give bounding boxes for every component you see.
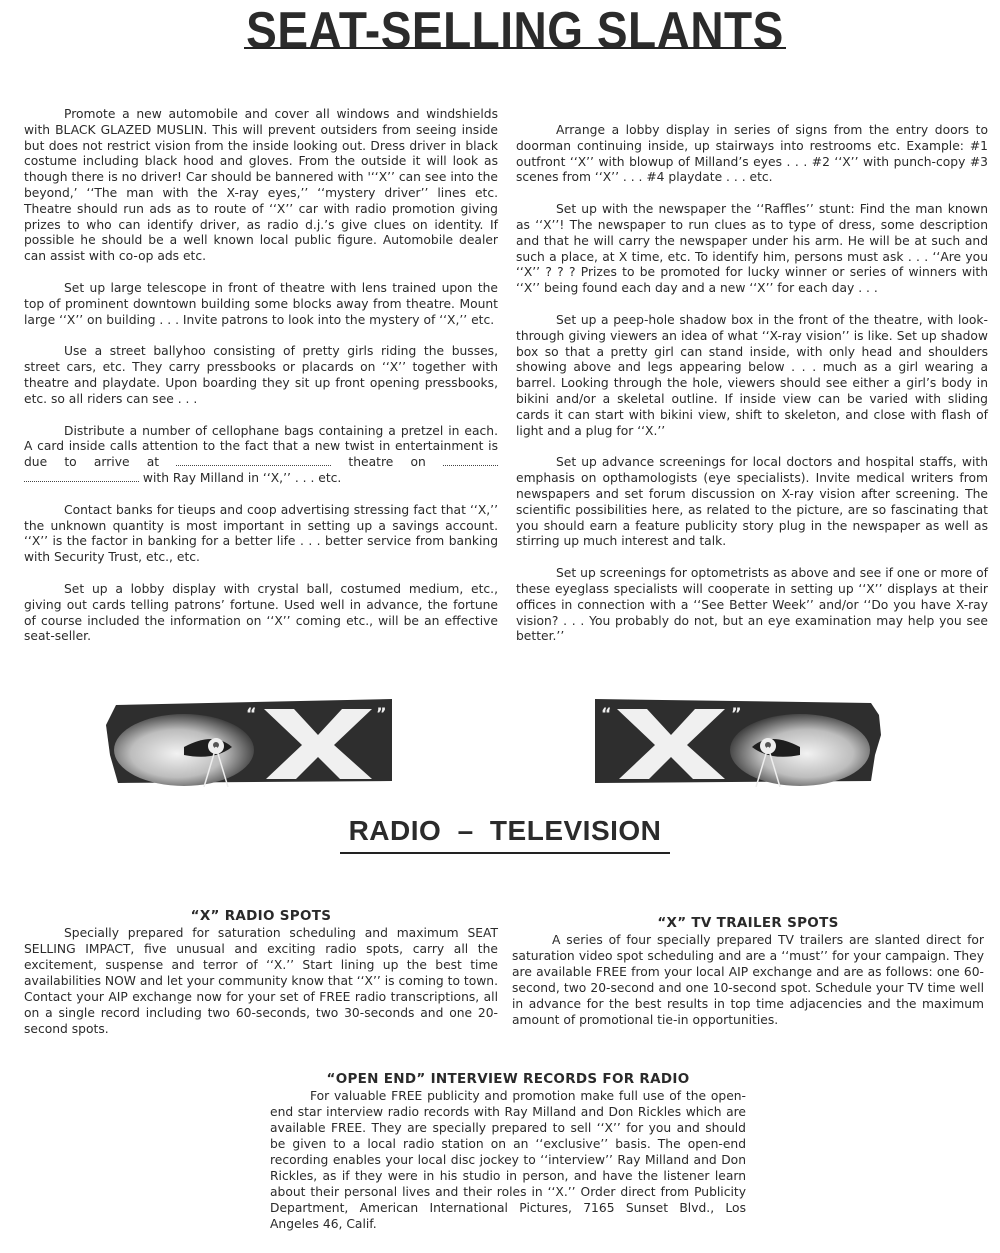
paragraph-optometrists: Set up screenings for optometrists as ab… (516, 566, 988, 645)
radio-television-underline (340, 852, 670, 854)
paragraph-crystal-ball: Set up a lobby display with crystal ball… (24, 582, 498, 645)
x-eye-logo-left: “ ” (104, 695, 392, 787)
pretzel-text-2: theatre on (348, 455, 425, 469)
svg-text:“: “ (601, 704, 612, 723)
tv-trailer-spots-body: A series of four specially prepared TV t… (512, 932, 984, 1028)
page-title: SEAT-SELLING SLANTS (244, 2, 786, 58)
paragraph-peep-hole: Set up a peep-hole shadow box in the fro… (516, 313, 988, 439)
open-end-records-heading: “OPEN END” INTERVIEW RECORDS FOR RADIO (270, 1071, 746, 1088)
blank-date-1 (443, 455, 498, 466)
radio-spots-heading: “X” RADIO SPOTS (24, 908, 498, 925)
radio-television-heading: RADIO – TELEVISION (340, 815, 670, 847)
paragraph-telescope: Set up large telescope in front of theat… (24, 281, 498, 328)
paragraph-lobby-signs: Arrange a lobby display in series of sig… (516, 123, 988, 186)
eye-x-logo-icon: “ ” (104, 695, 392, 787)
right-column: Arrange a lobby display in series of sig… (516, 123, 988, 661)
blank-date-2 (24, 471, 139, 482)
left-column: Promote a new automobile and cover all w… (24, 107, 498, 661)
svg-text:”: ” (731, 704, 742, 723)
open-end-records-body: For valuable FREE publicity and promotio… (270, 1088, 746, 1232)
title-underline (244, 47, 786, 49)
eye-x-logo-icon: “ ” (595, 695, 883, 787)
blank-theatre-name (176, 455, 331, 466)
paragraph-banks: Contact banks for tieups and coop advert… (24, 503, 498, 566)
paragraph-doctors: Set up advance screenings for local doct… (516, 455, 988, 550)
radio-spots-body: Specially prepared for saturation schedu… (24, 925, 498, 1037)
open-end-records-section: “OPEN END” INTERVIEW RECORDS FOR RADIO F… (270, 1071, 746, 1232)
paragraph-pretzel: Distribute a number of cellophane bags c… (24, 424, 498, 487)
radio-spots-section: “X” RADIO SPOTS Specially prepared for s… (24, 908, 498, 1037)
x-eye-logo-right: “ ” (595, 695, 883, 787)
svg-text:“: “ (246, 704, 257, 723)
tv-trailer-spots-section: “X” TV TRAILER SPOTS A series of four sp… (512, 915, 984, 1028)
paragraph-raffles: Set up with the newspaper the ‘‘Raffles’… (516, 202, 988, 297)
paragraph-automobile: Promote a new automobile and cover all w… (24, 107, 498, 265)
svg-text:”: ” (376, 704, 387, 723)
tv-trailer-spots-heading: “X” TV TRAILER SPOTS (512, 915, 984, 932)
paragraph-ballyhoo: Use a street ballyhoo consisting of pret… (24, 344, 498, 407)
pretzel-text-3: with Ray Milland in ‘‘X,’’ . . . etc. (143, 471, 341, 485)
